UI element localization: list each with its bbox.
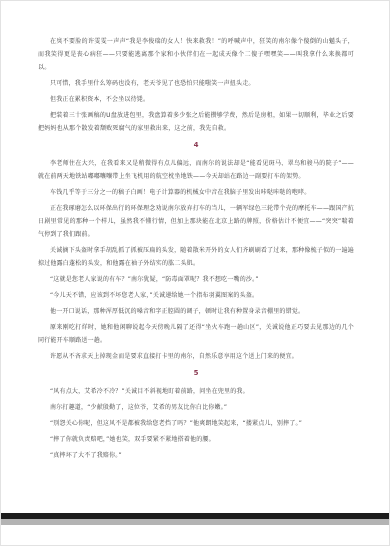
novel-paragraph: “真摔坏了大不了我赔你。”: [38, 449, 354, 462]
page-break-shadow-bar: [1, 519, 389, 525]
novel-paragraph: 南尔打趣道，“少献殷勤了，这位爷，艾希的男友比你白比你嫩。”: [38, 401, 354, 414]
novel-paragraph: “风有点大，艾希冷不冷？”关诚目不斜视地盯着前路，问坐在兜里的我。: [38, 385, 354, 398]
novel-paragraph: 在臭不要脸的许雯雯一声声“我是李俊瑞的女人！快来救我！”的呼喊声中，狂笑的南尔像…: [38, 35, 354, 74]
novel-paragraph: 他一开口说话，那种浑厚低沉的嗓音和字正腔圆的调子，顿时让我有种置身录音棚里的错觉…: [38, 305, 354, 318]
reader-page: 在臭不要脸的许雯雯一声声“我是李俊瑞的女人！快来救我！”的呼喊声中，狂笑的南尔像…: [0, 0, 390, 546]
novel-paragraph: 只可惜，我手里什么筹码也没有，老天爷见了也恐怕只能嗤笑一声扭头走。: [38, 77, 354, 90]
novel-paragraph: “这就是您老人家说的有车？”南尔犹疑，“防毒面罩呢？我不想吃一嘴的沙。”: [38, 273, 354, 286]
novel-paragraph: 车钱几乎等于三分之一的稿子白画！电子计算器的机械女中音在我脑子里发出咔哒咔哒的咆…: [38, 186, 354, 199]
novel-paragraph: 正在我琢磨怎么以环保出行的环保理念劝说南尔放弃打车的当儿，一辆军绿色三轮带个壳的…: [38, 202, 354, 241]
novel-paragraph: 关诚摘下头盔时拿手胡乱抓了抓被压扁的头发，随着散米开外的女人们齐刷刷看了过来，那…: [38, 244, 354, 270]
chapter-number: 4: [38, 139, 354, 152]
novel-paragraph: 许愿从不吝求天上掉现金而是要求直接打卡里的南尔，自然乐意享用这个送上门来的便宜。: [38, 350, 354, 363]
novel-paragraph: “别怨关心你呢，但这风不是都被我给您老挡了吗？”他爽朗地笑起来，“搂紧点儿，别摔…: [38, 417, 354, 430]
novel-paragraph: 李老师住在大兴，在我看来又是稍微得有点儿偏远，而南尔的说法却是“能看见斑马、翠鸟…: [38, 157, 354, 183]
chapter-number: 5: [38, 367, 354, 380]
page-break-separator: [1, 513, 389, 525]
novel-paragraph: 但我正在累积资本，不会坐以待毙。: [38, 93, 354, 106]
novel-paragraph: 原来刚吃打烊时，她和他闲聊说起今天傍晚儿隔了还得“坐火车跑一趟山区”，关诚说他正…: [38, 321, 354, 347]
novel-text-content: 在臭不要脸的许雯雯一声声“我是李俊瑞的女人！快来救我！”的呼喊声中，狂笑的南尔像…: [38, 35, 354, 465]
novel-paragraph: “今儿天不错，应该到不坏您老人家，”关诚递给她一个指布羽翼图案的头盔。: [38, 289, 354, 302]
novel-paragraph: “摔了你就负责赔吧，”她也笑，双手要紧不紧地搭着他的腰。: [38, 433, 354, 446]
novel-paragraph: 把装着三十张画稿的U盘放进包里，我盘算着多少张之后能攒够学费，然后是房租，如果一…: [38, 109, 354, 135]
